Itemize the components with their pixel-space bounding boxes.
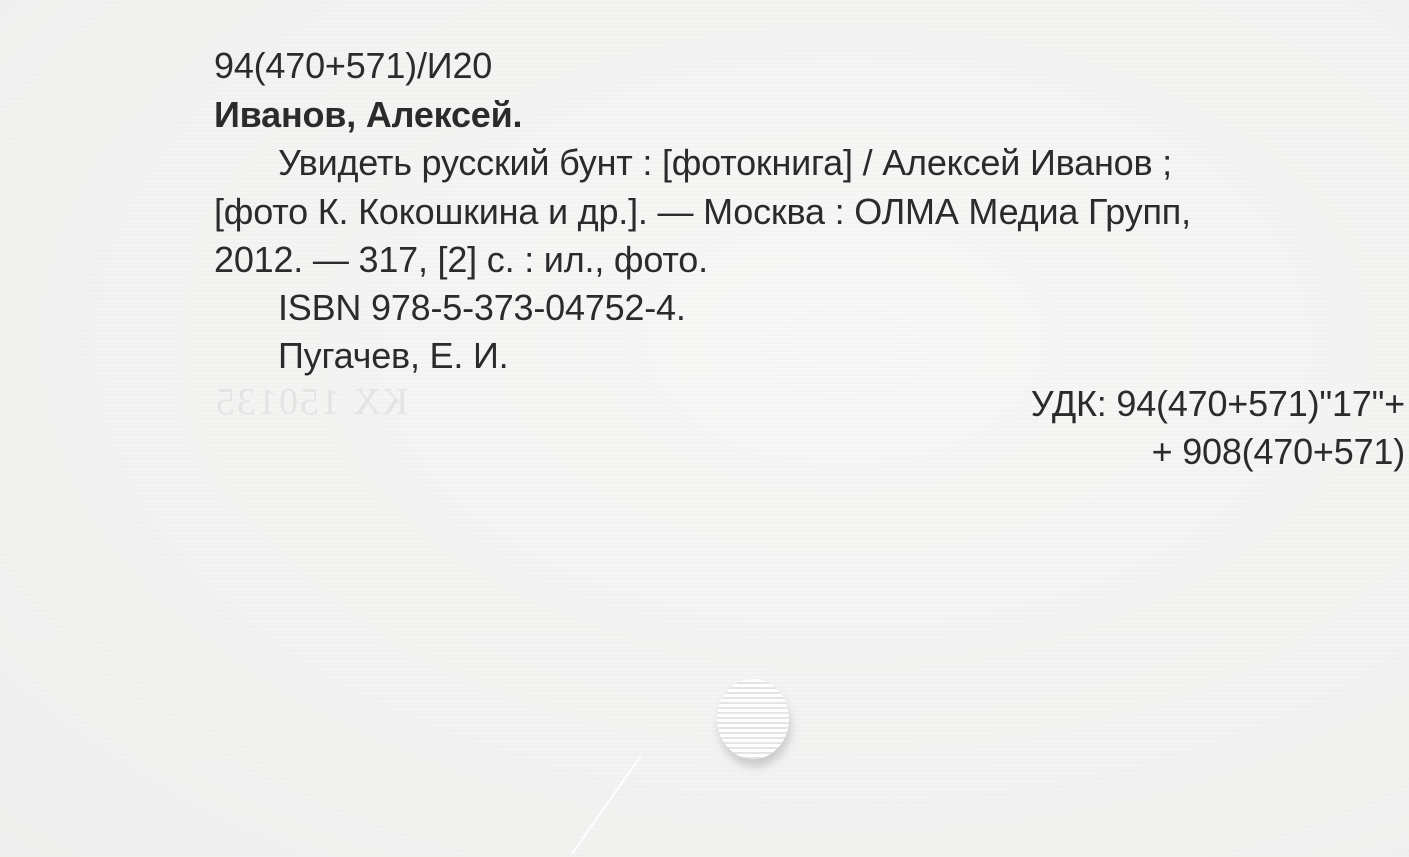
isbn: ISBN 978-5-373-04752-4. bbox=[278, 288, 686, 328]
shelfmark: 94(470+571)/И20 bbox=[214, 46, 492, 86]
udk-line-1: УДК: 94(470+571)"17"+ bbox=[1031, 384, 1405, 424]
scratch-mark bbox=[571, 755, 641, 854]
title-line-2: [фото К. Кокошкина и др.]. — Москва : ОЛ… bbox=[214, 192, 1191, 232]
catalog-card: КХ 150135 94(470+571)/И20 Иванов, Алексе… bbox=[0, 0, 1409, 857]
title-line-3: 2012. — 317, [2] с. : ил., фото. bbox=[214, 240, 708, 280]
title-line-1: Увидеть русский бунт : [фотокнига] / Але… bbox=[278, 143, 1172, 183]
udk-line-2: + 908(470+571) bbox=[1152, 432, 1405, 472]
subject-heading: Пугачев, Е. И. bbox=[278, 336, 508, 376]
bleed-through-stamp: КХ 150135 bbox=[214, 380, 408, 424]
author-heading: Иванов, Алексей. bbox=[214, 95, 522, 135]
punch-hole-icon bbox=[717, 679, 789, 759]
